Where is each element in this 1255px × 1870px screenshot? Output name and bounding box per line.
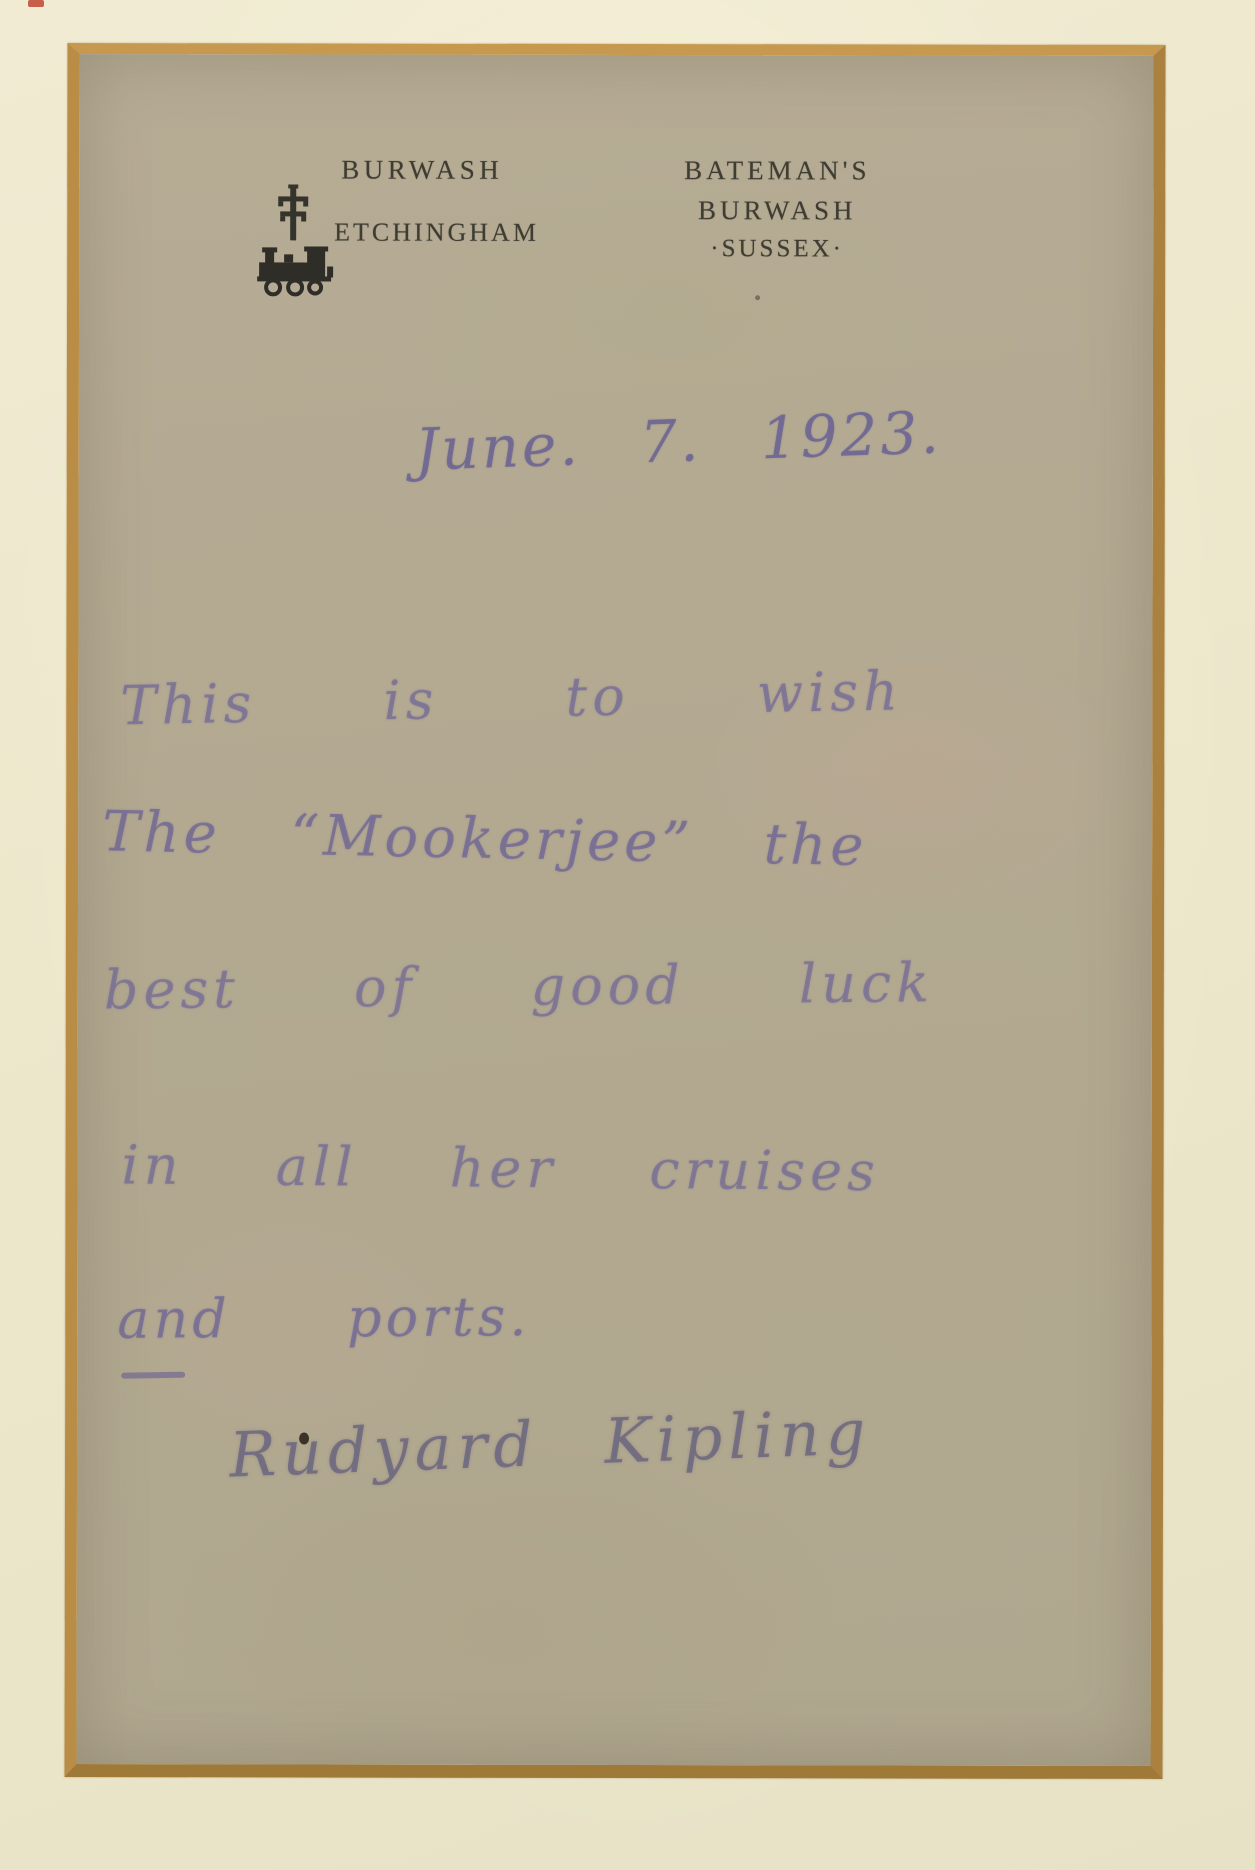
telegraph-pole-icon xyxy=(277,184,309,240)
handwritten-line-3: best of good luck xyxy=(104,951,935,1021)
handwritten-line-1: This is to wish xyxy=(120,659,904,737)
locomotive-icon xyxy=(257,246,335,296)
letterhead-address-burwash: BURWASH xyxy=(627,195,927,227)
handwritten-word-and: and xyxy=(117,1287,231,1351)
scan-speck xyxy=(28,0,44,7)
handwritten-line-5: and ports. xyxy=(117,1285,531,1351)
letter-paper: BURWASH xyxy=(77,54,1154,1766)
letterhead-station-etchingham: ETCHINGHAM xyxy=(334,218,539,248)
handwritten-line-2: The “Mookerjee” the xyxy=(102,799,868,879)
signature-rudyard-kipling: Rudyard Kipling xyxy=(228,1395,873,1491)
scan-background: BURWASH xyxy=(0,0,1255,1870)
scan-speck xyxy=(755,295,760,300)
handwritten-date: June. 7. 1923. xyxy=(414,398,943,483)
scan-speck xyxy=(299,1432,309,1444)
handwritten-word-ports: ports. xyxy=(347,1285,531,1349)
letterhead-address-block: BATEMAN'S BURWASH ·SUSSEX· xyxy=(627,155,927,273)
letterhead-station-burwash: BURWASH xyxy=(341,155,503,186)
and-underline-stroke xyxy=(121,1372,185,1379)
letter-frame: BURWASH xyxy=(64,43,1165,1779)
handwritten-line-4: in all her cruises xyxy=(121,1133,880,1203)
letterhead-address-sussex: ·SUSSEX· xyxy=(627,235,927,264)
letterhead-address-batemans: BATEMAN'S xyxy=(627,155,927,187)
